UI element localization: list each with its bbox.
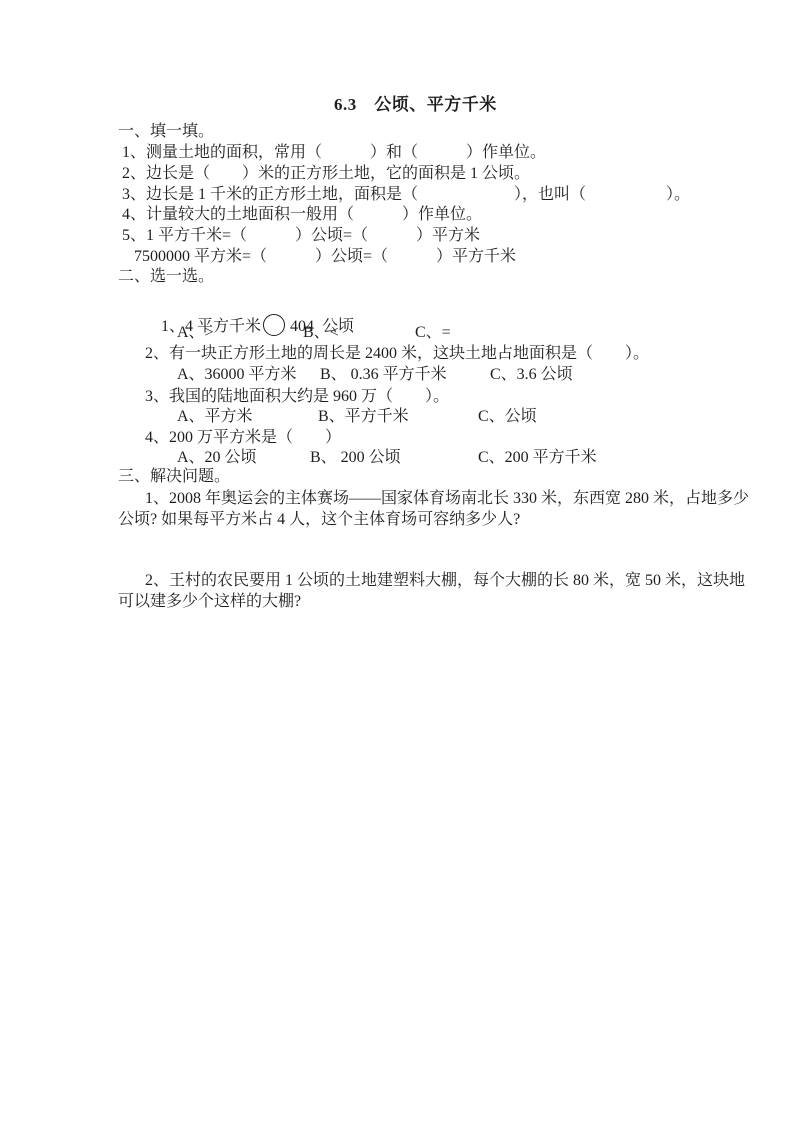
option-c: C、= [415, 322, 451, 343]
choice-q1-options-row: A、> B、< C、= [0, 322, 793, 343]
choice-q4-options-row: A、20 公顷 B、 200 公顷 C、200 平方千米 [0, 447, 793, 468]
section-solve-header: 三、解决问题。 [118, 466, 230, 487]
fill-item-1: 1、测量土地的面积，常用（ ）和（ ）作单位。 [122, 142, 546, 163]
option-a: A、36000 平方米 [177, 364, 297, 385]
choice-question-3: 3、我国的陆地面积大约是 960 万（ ）。 [145, 386, 449, 407]
fill-item-2: 2、边长是（ ）米的正方形土地，它的面积是 1 公顷。 [122, 163, 530, 184]
word-problem-1-line-2: 公顷? 如果每平方米占 4 人，这个主体育场可容纳多少人? [118, 509, 520, 530]
option-b: B、< [303, 322, 339, 343]
fill-item-3: 3、边长是 1 千米的正方形土地，面积是（ ），也叫（ ）。 [122, 184, 690, 205]
section-choose-header: 二、选一选。 [118, 266, 214, 287]
choice-q2-options-row: A、36000 平方米 B、 0.36 平方千米 C、3.6 公顷 [0, 364, 793, 385]
option-b: B、平方千米 [318, 406, 409, 427]
option-b: B、 0.36 平方千米 [320, 364, 447, 385]
fill-item-4: 4、计量较大的土地面积一般用（ ）作单位。 [122, 204, 482, 225]
word-problem-2-line-2: 可以建多少个这样的大棚? [118, 591, 301, 612]
fill-item-5-continuation: 7500000 平方米=（ ）公顷=（ ）平方千米 [134, 246, 516, 267]
option-c: C、3.6 公顷 [490, 364, 573, 385]
fill-item-5: 5、1 平方千米=（ ）公顷=（ ）平方米 [122, 225, 480, 246]
choice-question-2: 2、有一块正方形土地的周长是 2400 米，这块土地占地面积是（ ）。 [145, 343, 649, 364]
option-a: A、平方米 [177, 406, 253, 427]
choice-question-1: 1、4 平方千米404 公顷 [145, 293, 354, 314]
section-fill-header: 一、填一填。 [118, 121, 214, 142]
option-a: A、20 公顷 [177, 447, 257, 468]
choice-question-4: 4、200 万平方米是（ ） [145, 427, 341, 448]
option-a: A、> [177, 322, 214, 343]
option-c: C、公顷 [478, 406, 537, 427]
word-problem-1-line-1: 1、2008 年奥运会的主体赛场——国家体育场南北长 330 米，东西宽 280… [145, 488, 749, 509]
worksheet-title: 6.3 公顷、平方千米 [334, 94, 497, 115]
word-problem-2-line-1: 2、王村的农民要用 1 公顷的土地建塑料大棚，每个大棚的长 80 米，宽 50 … [145, 570, 745, 591]
option-c: C、200 平方千米 [478, 447, 597, 468]
option-b: B、 200 公顷 [310, 447, 401, 468]
choice-q3-options-row: A、平方米 B、平方千米 C、公顷 [0, 406, 793, 427]
worksheet-page: 6.3 公顷、平方千米 一、填一填。 1、测量土地的面积，常用（ ）和（ ）作单… [0, 0, 793, 1122]
